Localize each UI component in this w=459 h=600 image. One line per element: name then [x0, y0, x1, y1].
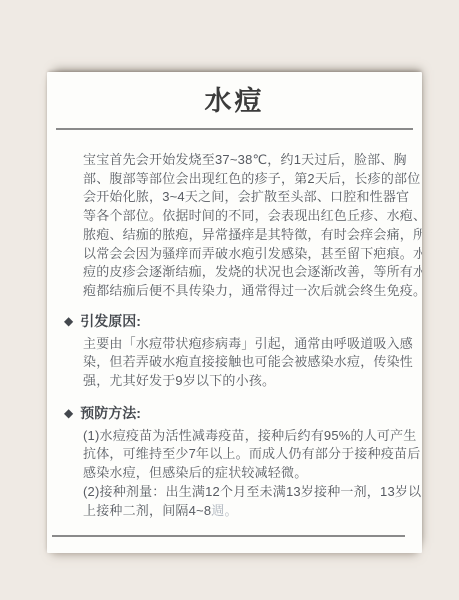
- intro-line: 宝宝首先会开始发烧至37~38℃，约1天过后，脸部、胸: [83, 151, 420, 170]
- body-line: 上接种二剂，间隔4~8週。: [83, 502, 420, 521]
- body-line: 染，但若弄破水疱直接接触也可能会被感染水痘，传染性: [83, 353, 420, 372]
- intro-line: 会开始化脓，3~4天之间，会扩散至头部、口腔和性器官: [83, 188, 420, 207]
- body-line: (2)接种剂量：出生满12个月至未满13岁接种一剂，13岁以: [83, 483, 420, 502]
- section-cause-heading-label: 引发原因:: [80, 313, 141, 329]
- section-prevention: ◆预防方法: (1)水痘疫苗为活性减毒疫苗，接种后约有95%的人可产生 抗体，可…: [47, 404, 422, 521]
- body-line-text: 上接种二剂，间隔4~8: [83, 503, 211, 518]
- diamond-bullet-icon: ◆: [64, 312, 73, 331]
- section-prevention-heading-label: 预防方法:: [80, 405, 141, 421]
- body-line: 主要由「水痘带状疱疹病毒」引起，通常由呼吸道吸入感: [83, 335, 420, 354]
- info-card: 水痘 宝宝首先会开始发烧至37~38℃，约1天过后，脸部、胸 部、腹部等部位会出…: [47, 72, 422, 553]
- title-divider: [56, 128, 413, 130]
- section-cause: ◆引发原因: 主要由「水痘带状疱疹病毒」引起，通常由呼吸道吸入感 染，但若弄破水…: [47, 312, 422, 391]
- diamond-bullet-icon: ◆: [64, 404, 73, 423]
- footer-divider: [52, 535, 405, 537]
- body-line: 强，尤其好发于9岁以下的小孩。: [83, 372, 420, 391]
- section-cause-heading: ◆引发原因:: [64, 312, 422, 332]
- intro-line: 部、腹部等部位会出现红色的疹子，第2天后，长疹的部位: [83, 170, 420, 189]
- page-title: 水痘: [47, 85, 422, 118]
- intro-line: 以常会会因为骚痒而弄破水疱引发感染，甚至留下疤痕。水: [83, 245, 420, 264]
- body-line: (1)水痘疫苗为活性减毒疫苗，接种后约有95%的人可产生: [83, 427, 420, 446]
- body-line: 感染水痘，但感染后的症状较减轻微。: [83, 464, 420, 483]
- intro-line: 等各个部位。依据时间的不同，会表现出红色丘疹、水疱、: [83, 207, 420, 226]
- intro-line: 脓疱、结痂的脓疱，异常搔痒是其特徵，有时会痒会痛，所: [83, 226, 420, 245]
- faded-text: 週。: [211, 503, 237, 518]
- section-prevention-body: (1)水痘疫苗为活性减毒疫苗，接种后约有95%的人可产生 抗体，可维持至少7年以…: [83, 427, 420, 521]
- section-prevention-heading: ◆预防方法:: [64, 404, 422, 424]
- body-line: 抗体，可维持至少7年以上。而成人仍有部分于接种疫苗后: [83, 445, 420, 464]
- intro-line: 疱都结痂后便不具传染力，通常得过一次后就会终生免疫。: [83, 282, 420, 301]
- intro-paragraph: 宝宝首先会开始发烧至37~38℃，约1天过后，脸部、胸 部、腹部等部位会出现红色…: [83, 151, 420, 301]
- intro-line: 痘的皮疹会逐渐结痂，发烧的状况也会逐渐改善，等所有水: [83, 263, 420, 282]
- section-cause-body: 主要由「水痘带状疱疹病毒」引起，通常由呼吸道吸入感 染，但若弄破水疱直接接触也可…: [83, 335, 420, 391]
